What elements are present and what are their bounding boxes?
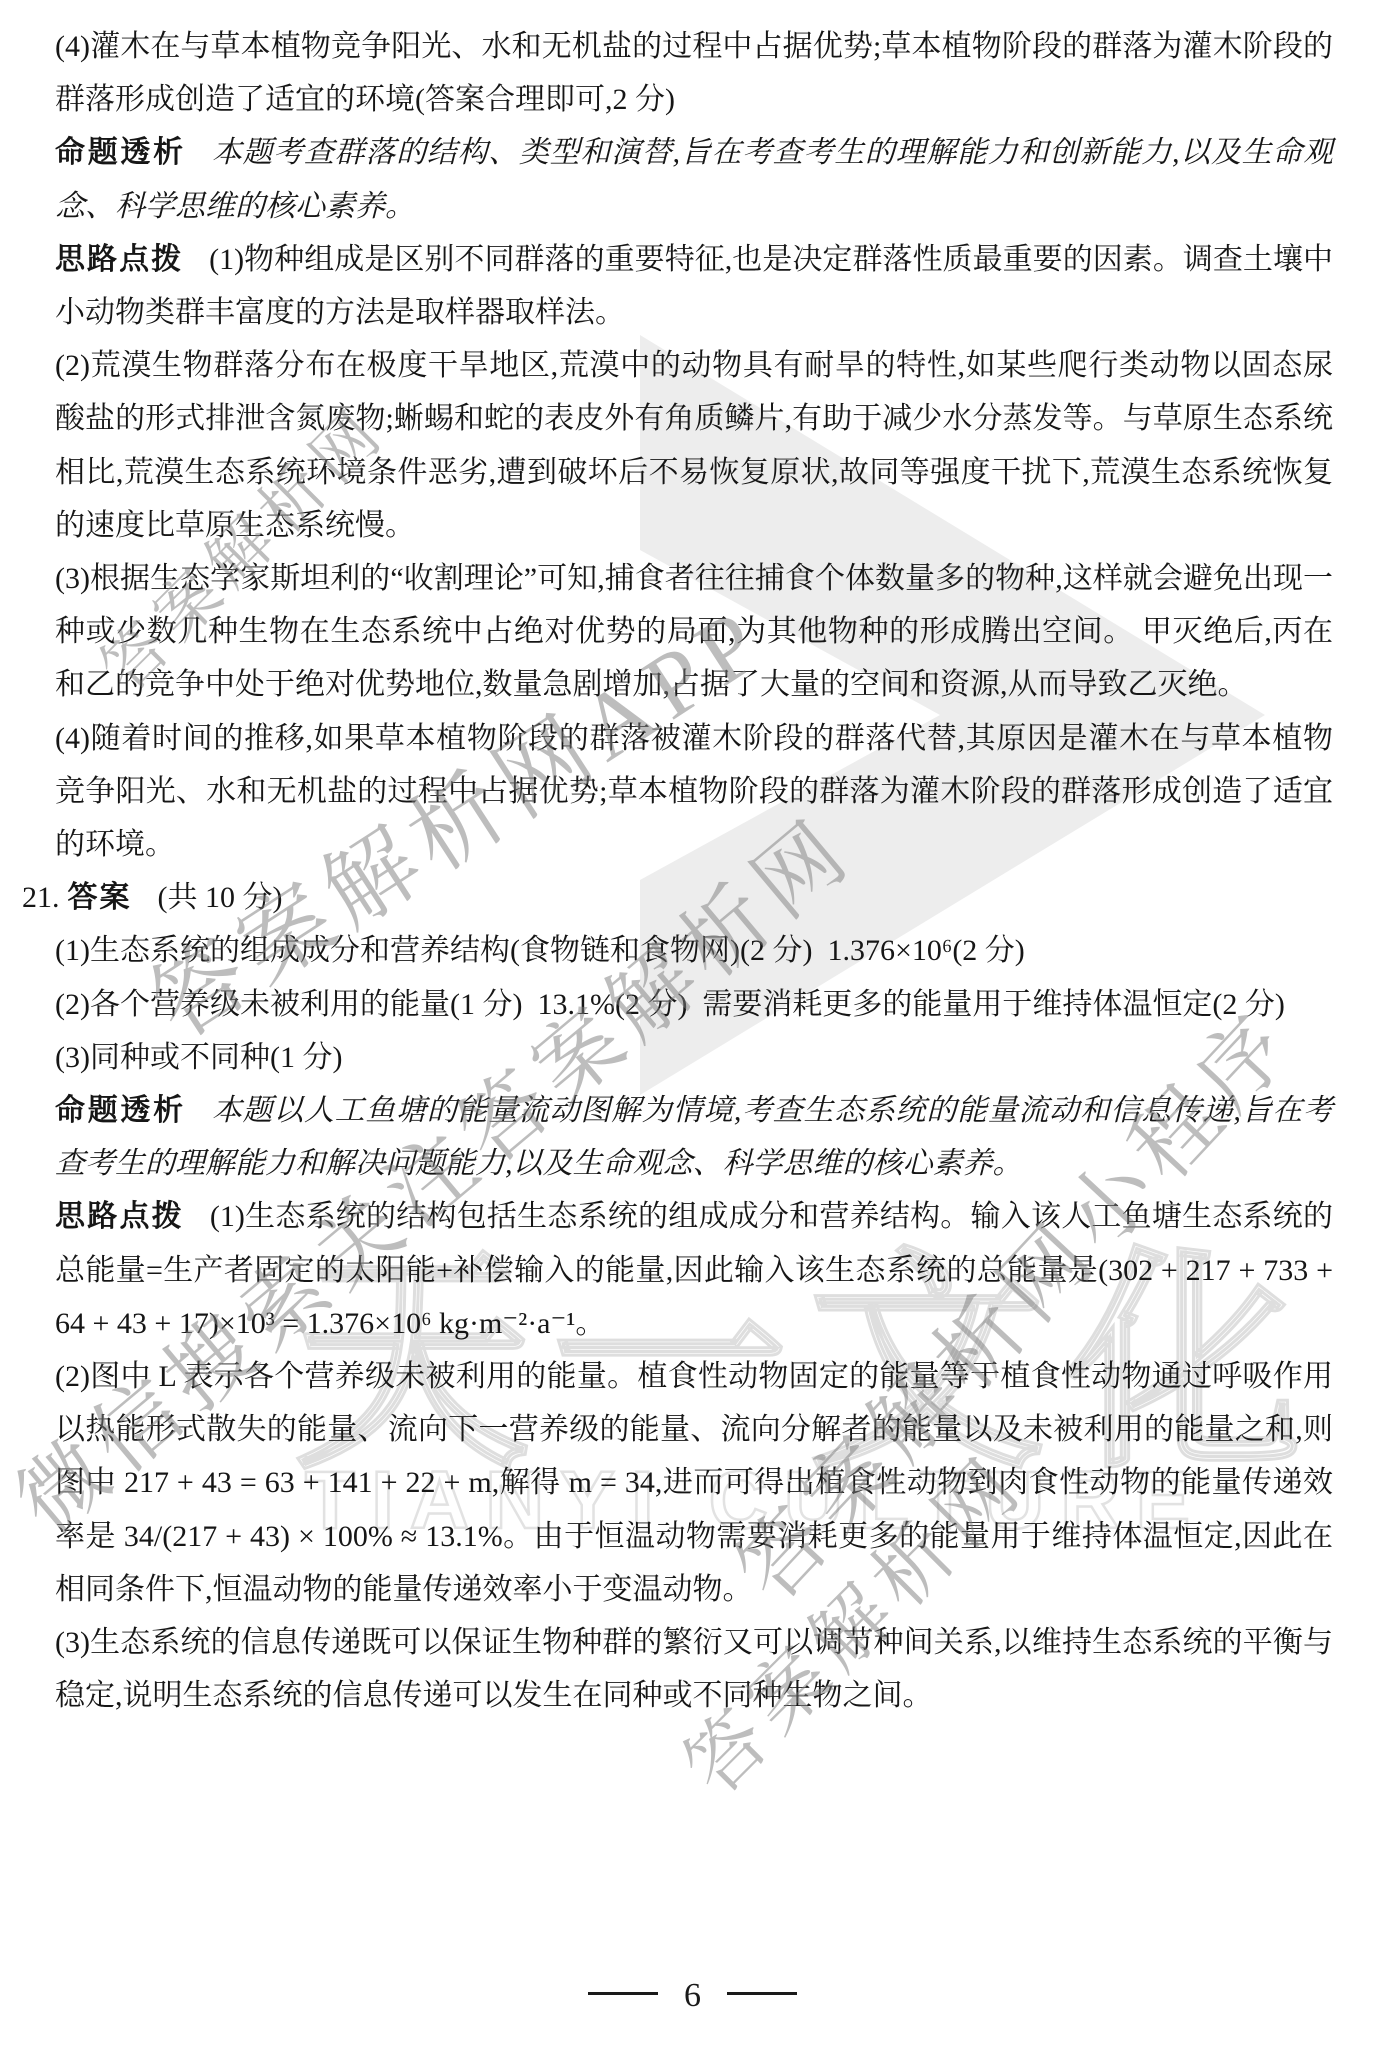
paragraph-text: (1)生态系统的组成成分和营养结构(食物链和食物网)(2 分) 1.376×10… (55, 934, 1025, 967)
paragraph-text: (2)图中 L 表示各个营养级未被利用的能量。植食性动物固定的能量等于植食性动物… (55, 1360, 1333, 1606)
paragraph: 思路点拨(1)生态系统的结构包括生态系统的组成成分和营养结构。输入该人工鱼塘生态… (55, 1190, 1333, 1350)
paragraph: 命题透析本题考查群落的结构、类型和演替,旨在考查考生的理解能力和创新能力,以及生… (55, 126, 1333, 232)
paragraph-text: (4)灌木在与草本植物竞争阳光、水和无机盐的过程中占据优势;草本植物阶段的群落为… (55, 30, 1333, 116)
paragraph: 命题透析本题以人工鱼塘的能量流动图解为情境,考查生态系统的能量流动和信息传递,旨… (55, 1084, 1333, 1190)
paragraph-text: (3)生态系统的信息传递既可以保证生物种群的繁衍又可以调节种间关系,以维持生态系… (55, 1626, 1333, 1712)
paragraph: (2)各个营养级未被利用的能量(1 分) 13.1%(2 分) 需要消耗更多的能… (55, 978, 1333, 1031)
section-heading: 命题透析 (55, 1094, 186, 1127)
paragraph-text: 本题以人工鱼塘的能量流动图解为情境,考查生态系统的能量流动和信息传递,旨在考查考… (55, 1094, 1333, 1180)
footer-left-dash (588, 1992, 658, 1995)
paragraph-text: (3)同种或不同种(1 分) (55, 1041, 342, 1074)
section-heading: 思路点拨 (55, 243, 183, 276)
paragraph: (3)根据生态学家斯坦利的“收割理论”可知,捕食者往往捕食个体数量多的物种,这样… (55, 552, 1333, 712)
footer: 6 (0, 1975, 1385, 2015)
paragraph-text: (共 10 分) (158, 881, 283, 914)
paragraph: (1)生态系统的组成成分和营养结构(食物链和食物网)(2 分) 1.376×10… (55, 924, 1333, 977)
paragraph-text: (1)物种组成是区别不同群落的重要特征,也是决定群落性质最重要的因素。调查土壤中… (55, 243, 1333, 329)
paragraph-text: (2)荒漠生物群落分布在极度干旱地区,荒漠中的动物具有耐旱的特性,如某些爬行类动… (55, 349, 1333, 542)
section-heading: 思路点拨 (55, 1200, 184, 1233)
page-number: 6 (684, 1977, 701, 2015)
paragraph: (2)荒漠生物群落分布在极度干旱地区,荒漠中的动物具有耐旱的特性,如某些爬行类动… (55, 339, 1333, 552)
item-number: 21. (22, 881, 68, 914)
paragraph-text: (2)各个营养级未被利用的能量(1 分) 13.1%(2 分) 需要消耗更多的能… (55, 988, 1285, 1021)
section-heading: 答案 (68, 881, 132, 914)
paragraph-text: (1)生态系统的结构包括生态系统的组成成分和营养结构。输入该人工鱼塘生态系统的总… (55, 1200, 1341, 1339)
paragraph-text: (3)根据生态学家斯坦利的“收割理论”可知,捕食者往往捕食个体数量多的物种,这样… (55, 562, 1333, 701)
paragraph: 思路点拨(1)物种组成是区别不同群落的重要特征,也是决定群落性质最重要的因素。调… (55, 233, 1333, 339)
paragraph: (4)灌木在与草本植物竞争阳光、水和无机盐的过程中占据优势;草本植物阶段的群落为… (55, 20, 1333, 126)
answer-sheet-page: { "page": { "number": "6" }, "logo": { "… (0, 0, 1385, 2050)
paragraph-text: 本题考查群落的结构、类型和演替,旨在考查考生的理解能力和创新能力,以及生命观念、… (55, 136, 1333, 222)
paragraph: (3)生态系统的信息传递既可以保证生物种群的繁衍又可以调节种间关系,以维持生态系… (55, 1616, 1333, 1722)
paragraph-text: (4)随着时间的推移,如果草本植物阶段的群落被灌木阶段的群落代替,其原因是灌木在… (55, 722, 1333, 861)
section-heading: 命题透析 (55, 136, 186, 169)
document-text-column: (4)灌木在与草本植物竞争阳光、水和无机盐的过程中占据优势;草本植物阶段的群落为… (55, 20, 1333, 1723)
footer-right-dash (727, 1992, 797, 1995)
paragraph: (3)同种或不同种(1 分) (55, 1031, 1333, 1084)
paragraph: 21.答案(共 10 分) (55, 871, 1333, 924)
paragraph: (4)随着时间的推移,如果草本植物阶段的群落被灌木阶段的群落代替,其原因是灌木在… (55, 712, 1333, 872)
paragraph: (2)图中 L 表示各个营养级未被利用的能量。植食性动物固定的能量等于植食性动物… (55, 1350, 1333, 1616)
